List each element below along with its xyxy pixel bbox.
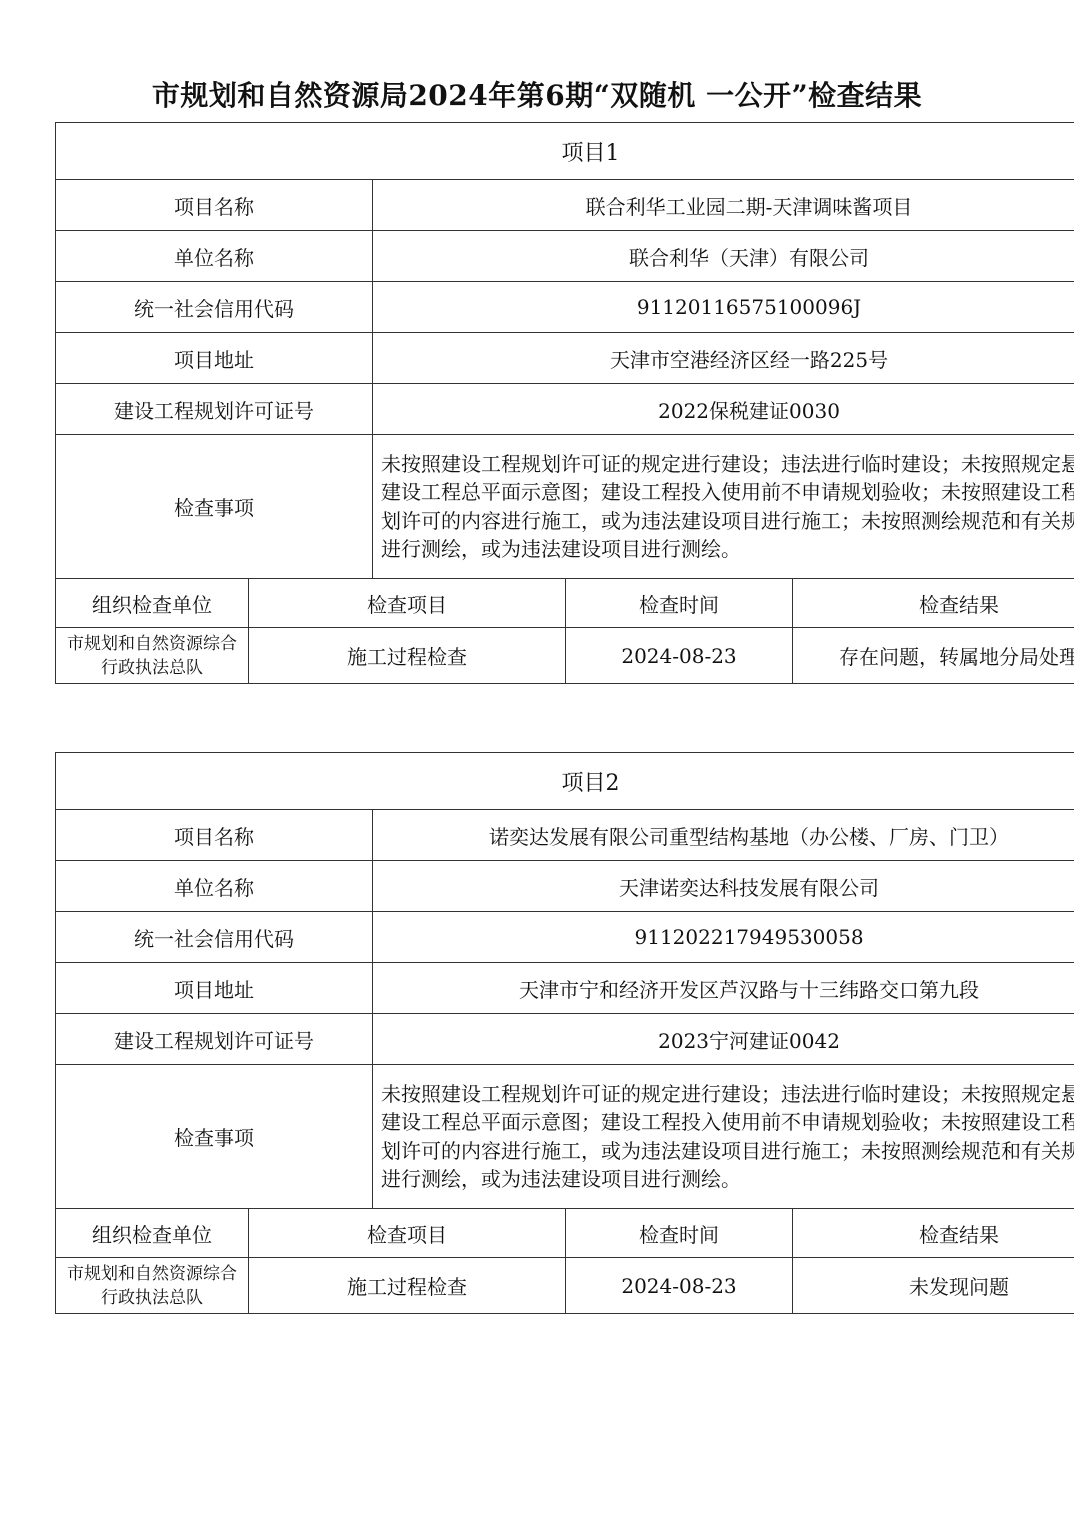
check-item-value: 施工过程检查: [249, 1258, 566, 1314]
unit-name: 天津诺奕达科技发展有限公司: [373, 861, 1074, 912]
org-value: 市规划和自然资源综合行政执法总队: [56, 1258, 249, 1314]
project-name: 联合利华工业园二期-天津调味酱项目: [373, 180, 1074, 231]
label-items: 检查事项: [56, 435, 373, 579]
project-header: 项目1: [56, 123, 1074, 180]
col-org: 组织检查单位: [56, 1209, 249, 1258]
project-address: 天津市空港经济区经一路225号: [373, 333, 1074, 384]
col-org: 组织检查单位: [56, 579, 249, 628]
check-result-value: 存在问题，转属地分局处理: [793, 628, 1074, 684]
project-table-1: 项目1 项目名称联合利华工业园二期-天津调味酱项目 单位名称联合利华（天津）有限…: [55, 122, 1074, 684]
credit-code: 91120116575100096J: [373, 282, 1074, 333]
label-address: 项目地址: [56, 963, 373, 1014]
label-code: 统一社会信用代码: [56, 282, 373, 333]
col-check-time: 检查时间: [566, 1209, 793, 1258]
project-header: 项目2: [56, 753, 1074, 810]
check-time-value: 2024-08-23: [566, 1258, 793, 1314]
label-permit: 建设工程规划许可证号: [56, 1014, 373, 1065]
col-check-result: 检查结果: [793, 579, 1074, 628]
label-name: 项目名称: [56, 810, 373, 861]
col-check-item: 检查项目: [249, 579, 566, 628]
check-item-value: 施工过程检查: [249, 628, 566, 684]
label-items: 检查事项: [56, 1065, 373, 1209]
label-unit: 单位名称: [56, 231, 373, 282]
credit-code: 911202217949530058: [373, 912, 1074, 963]
check-result-value: 未发现问题: [793, 1258, 1074, 1314]
inspection-items: 未按照建设工程规划许可证的规定进行建设；违法进行临时建设；未按照规定悬挂建设工程…: [373, 1065, 1074, 1209]
project-name: 诺奕达发展有限公司重型结构基地（办公楼、厂房、门卫）: [373, 810, 1074, 861]
check-time-value: 2024-08-23: [566, 628, 793, 684]
col-check-result: 检查结果: [793, 1209, 1074, 1258]
label-code: 统一社会信用代码: [56, 912, 373, 963]
project-address: 天津市宁和经济开发区芦汉路与十三纬路交口第九段: [373, 963, 1074, 1014]
label-name: 项目名称: [56, 180, 373, 231]
label-permit: 建设工程规划许可证号: [56, 384, 373, 435]
col-check-time: 检查时间: [566, 579, 793, 628]
permit-number: 2022保税建证0030: [373, 384, 1074, 435]
page-title: 市规划和自然资源局2024年第6期“双随机 一公开”检查结果: [0, 74, 1074, 114]
inspection-items: 未按照建设工程规划许可证的规定进行建设；违法进行临时建设；未按照规定悬挂建设工程…: [373, 435, 1074, 579]
org-value: 市规划和自然资源综合行政执法总队: [56, 628, 249, 684]
col-check-item: 检查项目: [249, 1209, 566, 1258]
permit-number: 2023宁河建证0042: [373, 1014, 1074, 1065]
label-address: 项目地址: [56, 333, 373, 384]
label-unit: 单位名称: [56, 861, 373, 912]
unit-name: 联合利华（天津）有限公司: [373, 231, 1074, 282]
project-table-2: 项目2 项目名称诺奕达发展有限公司重型结构基地（办公楼、厂房、门卫） 单位名称天…: [55, 752, 1074, 1314]
